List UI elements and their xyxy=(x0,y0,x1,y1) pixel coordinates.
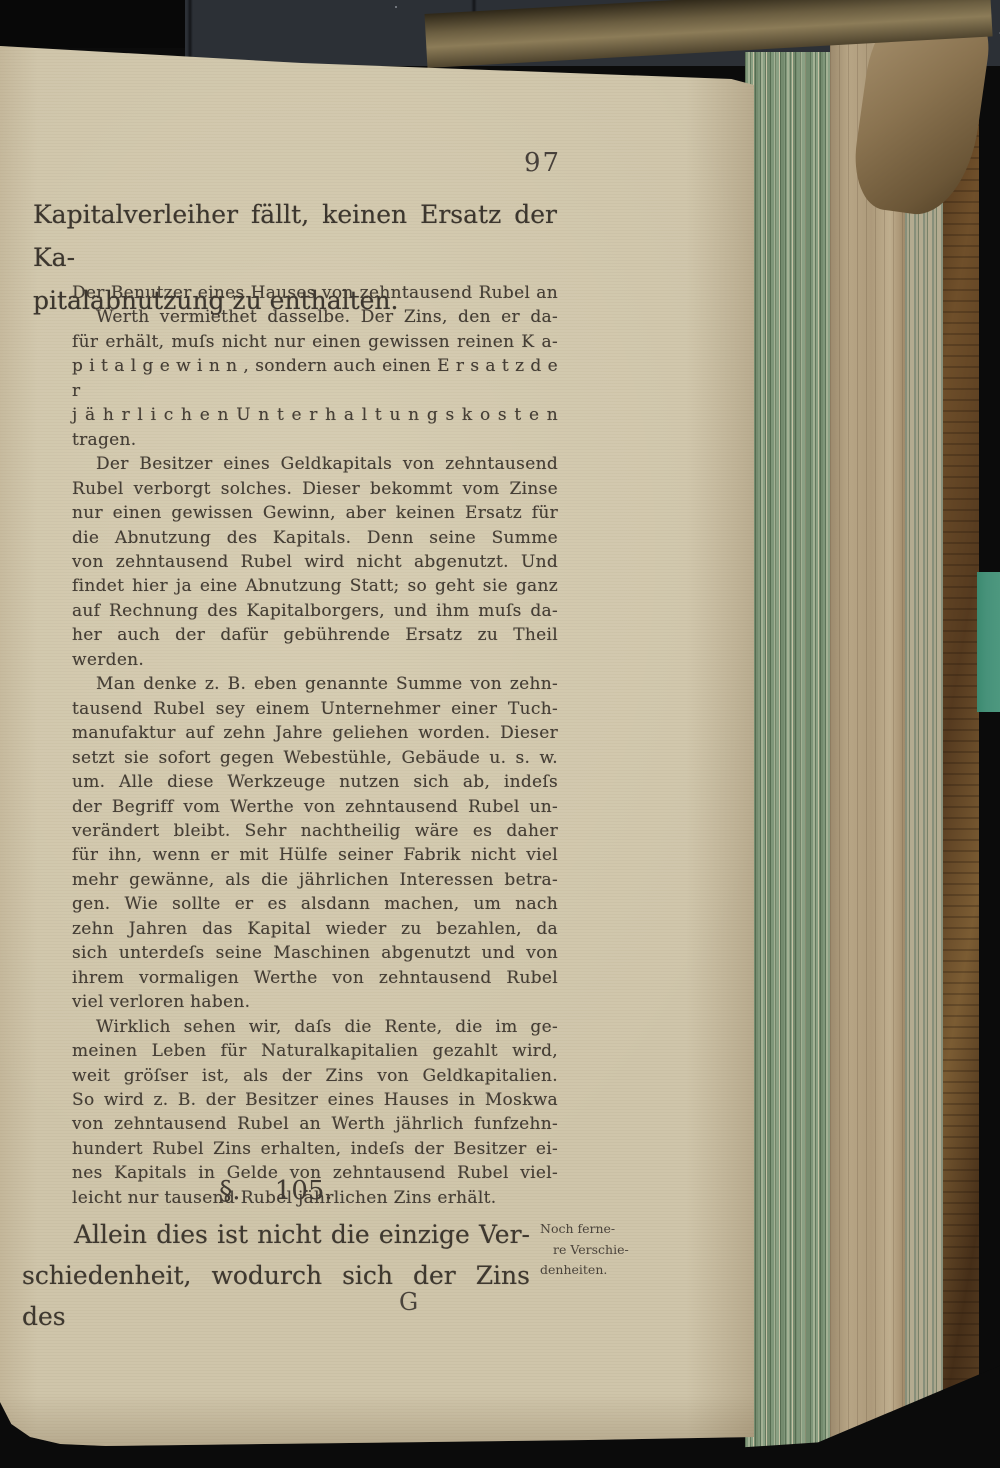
background-seam xyxy=(187,0,193,60)
book-page: 97 Kapitalverleiher fällt, keinen Ersatz… xyxy=(0,0,754,1452)
paragraph: Der Benutzer eines Hauses von zehntausen… xyxy=(72,281,558,452)
signature-mark: G xyxy=(399,1288,418,1316)
fore-edge-green-pages xyxy=(745,52,830,1454)
page-number: 97 xyxy=(524,148,561,178)
background-top-left xyxy=(0,0,185,48)
paragraph: Der Besitzer eines Geldkapitals von zehn… xyxy=(72,452,558,672)
margin-note: Noch ferne-re Verschie-denheiten. xyxy=(540,1219,642,1281)
closing-paragraph: Allein dies ist nicht die einzige Ver-sc… xyxy=(22,1214,530,1337)
fore-edge-striped-pages xyxy=(905,24,943,1468)
dust-specks xyxy=(395,6,397,8)
scanned-book-photo: 97 Kapitalverleiher fällt, keinen Ersatz… xyxy=(0,0,1000,1468)
paragraph: Man denke z. B. eben genannte Summe von … xyxy=(72,672,558,1014)
body-text: Der Benutzer eines Hauses von zehntausen… xyxy=(72,281,558,1210)
section-number: §. 105. xyxy=(66,1176,486,1206)
book-cover-edge xyxy=(943,8,979,1468)
teal-bookmark xyxy=(977,572,1000,712)
fore-edge-tan-pages xyxy=(830,36,905,1460)
